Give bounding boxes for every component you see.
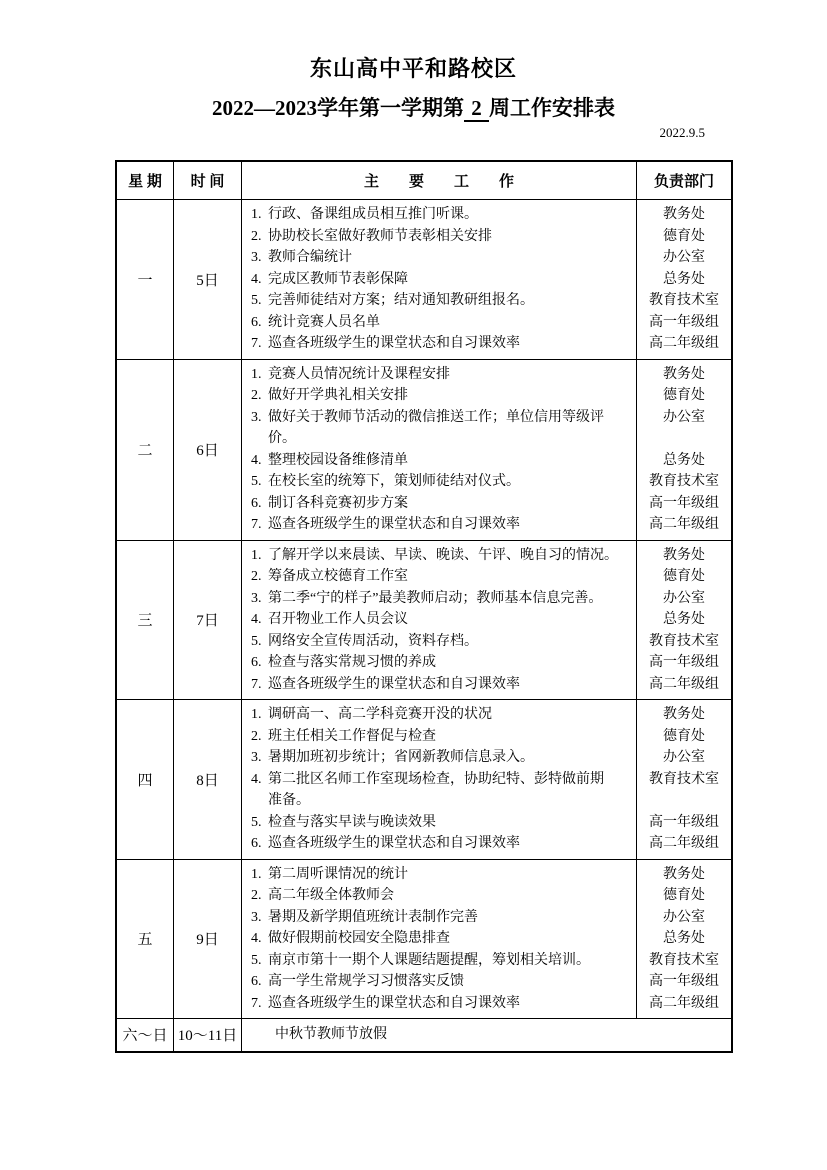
work-item: 5.在校长室的统筹下，策划师徒结对仪式。: [242, 471, 637, 493]
item-number: 4.: [251, 450, 268, 472]
subtitle-suffix: 周工作安排表: [489, 96, 615, 120]
work-item: 2.协助校长室做好教师节表彰相关安排: [242, 226, 637, 248]
item-number: 3.: [251, 407, 268, 450]
dept-cell: 教务处: [637, 864, 731, 886]
item-text: 在校长室的统筹下，策划师徒结对仪式。: [268, 471, 623, 493]
dept-cell: 高一年级组: [637, 652, 731, 674]
work-item: 2.高二年级全体教师会: [242, 885, 637, 907]
table-row: 一5日1.行政、备课组成员相互推门听课。教务处2.协助校长室做好教师节表彰相关安…: [117, 200, 731, 360]
dept-cell: 高二年级组: [637, 333, 731, 355]
dept-cell: 德育处: [637, 726, 731, 748]
item-number: 5.: [251, 471, 268, 493]
item-number: 2.: [251, 726, 268, 748]
work-dept-grid: 1.了解开学以来晨读、早读、晚读、午评、晚自习的情况。教务处2.筹备成立校德育工…: [242, 541, 731, 700]
table-row: 五9日1.第二周听课情况的统计教务处2.高二年级全体教师会德育处3.暑期及新学期…: [117, 860, 731, 1020]
item-text: 协助校长室做好教师节表彰相关安排: [268, 226, 623, 248]
page-title: 东山高中平和路校区: [0, 52, 827, 83]
work-item: 4.第二批区名师工作室现场检查，协助纪特、彭特做前期 准备。: [242, 769, 637, 812]
item-number: 2.: [251, 226, 268, 248]
dept-cell: 教务处: [637, 704, 731, 726]
table-row: 四8日1.调研高一、高二学科竞赛开没的状况教务处2.班主任相关工作督促与检查德育…: [117, 700, 731, 860]
work-item: 6.巡查各班级学生的课堂状态和自习课效率: [242, 833, 637, 855]
item-text: 巡查各班级学生的课堂状态和自习课效率: [268, 674, 623, 696]
item-text: 调研高一、高二学科竞赛开没的状况: [268, 704, 623, 726]
item-text: 高二年级全体教师会: [268, 885, 623, 907]
item-text: 了解开学以来晨读、早读、晚读、午评、晚自习的情况。: [268, 545, 623, 567]
time-cell: 9日: [174, 860, 242, 1019]
dept-cell: 高二年级组: [637, 674, 731, 696]
work-dept-grid: 1.调研高一、高二学科竞赛开没的状况教务处2.班主任相关工作督促与检查德育处3.…: [242, 700, 731, 859]
item-number: 1.: [251, 545, 268, 567]
item-text: 召开物业工作人员会议: [268, 609, 623, 631]
item-text: 巡查各班级学生的课堂状态和自习课效率: [268, 833, 623, 855]
dept-cell: 教育技术室: [637, 471, 731, 493]
item-text: 教师合编统计: [268, 247, 623, 269]
item-text: 巡查各班级学生的课堂状态和自习课效率: [268, 514, 623, 536]
dept-cell: 办公室: [637, 407, 731, 429]
item-number: 4.: [251, 269, 268, 291]
item-number: 7.: [251, 993, 268, 1015]
item-number: 1.: [251, 704, 268, 726]
item-text: 完成区教师节表彰保障: [268, 269, 623, 291]
time-cell: 8日: [174, 700, 242, 859]
work-item: 4.做好假期前校园安全隐患排查: [242, 928, 637, 950]
time-cell: 10～11日: [174, 1019, 242, 1051]
item-text: 巡查各班级学生的课堂状态和自习课效率: [268, 993, 623, 1015]
item-number: 1.: [251, 364, 268, 386]
time-cell: 6日: [174, 360, 242, 540]
document-page: 东山高中平和路校区 2022—2023学年第一学期第 2 周工作安排表 2022…: [0, 0, 827, 1053]
dept-cell: 高一年级组: [637, 971, 731, 993]
table-body: 一5日1.行政、备课组成员相互推门听课。教务处2.协助校长室做好教师节表彰相关安…: [117, 200, 731, 1051]
work-item: 6.统计竞赛人员名单: [242, 312, 637, 334]
item-number: 3.: [251, 588, 268, 610]
item-number: 6.: [251, 652, 268, 674]
work-item: 1.第二周听课情况的统计: [242, 864, 637, 886]
dept-cell: 办公室: [637, 907, 731, 929]
dept-cell: 高一年级组: [637, 493, 731, 515]
dept-cell: 德育处: [637, 226, 731, 248]
item-text: 制订各科竞赛初步方案: [268, 493, 623, 515]
header-day: 星 期: [117, 162, 174, 199]
work-item: 4.完成区教师节表彰保障: [242, 269, 637, 291]
work-dept-grid: 1.行政、备课组成员相互推门听课。教务处2.协助校长室做好教师节表彰相关安排德育…: [242, 200, 731, 359]
item-number: 4.: [251, 769, 268, 812]
work-item: 1.行政、备课组成员相互推门听课。: [242, 204, 637, 226]
work-item: 3.暑期加班初步统计；省网新教师信息录入。: [242, 747, 637, 769]
item-number: 3.: [251, 247, 268, 269]
item-number: 7.: [251, 514, 268, 536]
item-number: 5.: [251, 812, 268, 834]
week-number-underlined: 2: [464, 96, 489, 122]
schedule-table: 星 期 时 间 主 要 工 作 负责部门 一5日1.行政、备课组成员相互推门听课…: [115, 160, 733, 1053]
dept-cell: 办公室: [637, 747, 731, 769]
dept-cell: 教务处: [637, 364, 731, 386]
day-cell: 五: [117, 860, 174, 1019]
item-number: 4.: [251, 928, 268, 950]
dept-cell: 德育处: [637, 385, 731, 407]
dept-cell: 教育技术室: [637, 631, 731, 653]
item-text: 第二周听课情况的统计: [268, 864, 623, 886]
day-cell: 二: [117, 360, 174, 540]
dept-cell: 教育技术室: [637, 290, 731, 312]
item-text: 竞赛人员情况统计及课程安排: [268, 364, 623, 386]
item-number: 6.: [251, 312, 268, 334]
item-number: 6.: [251, 833, 268, 855]
dept-cell: 教育技术室: [637, 769, 731, 791]
item-text: 暑期及新学期值班统计表制作完善: [268, 907, 623, 929]
document-date: 2022.9.5: [0, 125, 827, 141]
item-text: 统计竞赛人员名单: [268, 312, 623, 334]
header-department: 负责部门: [637, 162, 731, 199]
work-item: 4.召开物业工作人员会议: [242, 609, 637, 631]
work-item: 3.教师合编统计: [242, 247, 637, 269]
dept-cell: 高一年级组: [637, 312, 731, 334]
work-item: 7.巡查各班级学生的课堂状态和自习课效率: [242, 333, 637, 355]
dept-cell: 高二年级组: [637, 993, 731, 1015]
work-item: 7.巡查各班级学生的课堂状态和自习课效率: [242, 993, 637, 1015]
header-main-work: 主 要 工 作: [242, 162, 637, 199]
item-number: 7.: [251, 333, 268, 355]
item-number: 3.: [251, 907, 268, 929]
dept-cell: 总务处: [637, 450, 731, 472]
dept-cell: 总务处: [637, 928, 731, 950]
dept-cell: 德育处: [637, 885, 731, 907]
dept-cell: 教务处: [637, 204, 731, 226]
work-item: 3.暑期及新学期值班统计表制作完善: [242, 907, 637, 929]
time-cell: 5日: [174, 200, 242, 359]
item-number: 2.: [251, 385, 268, 407]
item-text: 巡查各班级学生的课堂状态和自习课效率: [268, 333, 623, 355]
table-row: 二6日1.竞赛人员情况统计及课程安排教务处2.做好开学典礼相关安排德育处3.做好…: [117, 360, 731, 541]
item-text: 做好开学典礼相关安排: [268, 385, 623, 407]
table-row: 六～日10～11日中秋节教师节放假: [117, 1019, 731, 1051]
item-number: 5.: [251, 290, 268, 312]
work-item: 3.第二季“宁的样子”最美教师启动；教师基本信息完善。: [242, 588, 637, 610]
dept-cell: 德育处: [637, 566, 731, 588]
item-text: 做好关于教师节活动的微信推送工作；单位信用等级评 价。: [268, 407, 623, 450]
item-number: 1.: [251, 204, 268, 226]
dept-cell: 教育技术室: [637, 950, 731, 972]
item-text: 检查与落实常规习惯的养成: [268, 652, 623, 674]
work-item: 1.调研高一、高二学科竞赛开没的状况: [242, 704, 637, 726]
day-cell: 一: [117, 200, 174, 359]
dept-cell: 办公室: [637, 588, 731, 610]
work-item: 7.巡查各班级学生的课堂状态和自习课效率: [242, 674, 637, 696]
item-text: 行政、备课组成员相互推门听课。: [268, 204, 623, 226]
dept-cell: 教务处: [637, 545, 731, 567]
table-row: 三7日1.了解开学以来晨读、早读、晚读、午评、晚自习的情况。教务处2.筹备成立校…: [117, 541, 731, 701]
item-text: 整理校园设备维修清单: [268, 450, 623, 472]
work-dept-grid: 1.第二周听课情况的统计教务处2.高二年级全体教师会德育处3.暑期及新学期值班统…: [242, 860, 731, 1019]
page-subtitle: 2022—2023学年第一学期第 2 周工作安排表: [0, 92, 827, 122]
work-item: 4.整理校园设备维修清单: [242, 450, 637, 472]
dept-cell: 高一年级组: [637, 812, 731, 834]
time-cell: 7日: [174, 541, 242, 700]
work-item: 6.制订各科竞赛初步方案: [242, 493, 637, 515]
item-text: 做好假期前校园安全隐患排查: [268, 928, 623, 950]
item-number: 5.: [251, 631, 268, 653]
item-number: 5.: [251, 950, 268, 972]
item-text: 班主任相关工作督促与检查: [268, 726, 623, 748]
dept-cell: 高二年级组: [637, 833, 731, 855]
dept-cell: 高二年级组: [637, 514, 731, 536]
work-item: 2.班主任相关工作督促与检查: [242, 726, 637, 748]
work-item: 5.完善师徒结对方案；结对通知教研组报名。: [242, 290, 637, 312]
item-text: 筹备成立校德育工作室: [268, 566, 623, 588]
item-text: 网络安全宣传周活动，资料存档。: [268, 631, 623, 653]
work-dept-grid: 1.竞赛人员情况统计及课程安排教务处2.做好开学典礼相关安排德育处3.做好关于教…: [242, 360, 731, 540]
work-item: 2.筹备成立校德育工作室: [242, 566, 637, 588]
work-item: 7.巡查各班级学生的课堂状态和自习课效率: [242, 514, 637, 536]
item-text: 南京市第十一期个人课题结题提醒，筹划相关培训。: [268, 950, 623, 972]
item-number: 2.: [251, 885, 268, 907]
work-item: 5.南京市第十一期个人课题结题提醒，筹划相关培训。: [242, 950, 637, 972]
dept-cell: 办公室: [637, 247, 731, 269]
work-item: 6.检查与落实常规习惯的养成: [242, 652, 637, 674]
work-item: 3.做好关于教师节活动的微信推送工作；单位信用等级评 价。: [242, 407, 637, 450]
item-text: 暑期加班初步统计；省网新教师信息录入。: [268, 747, 623, 769]
item-number: 2.: [251, 566, 268, 588]
item-text: 检查与落实早读与晚读效果: [268, 812, 623, 834]
header-time: 时 间: [174, 162, 242, 199]
work-item: 5.检查与落实早读与晚读效果: [242, 812, 637, 834]
item-text: 高一学生常规学习习惯落实反馈: [268, 971, 623, 993]
table-header-row: 星 期 时 间 主 要 工 作 负责部门: [117, 162, 731, 200]
item-text: 第二批区名师工作室现场检查，协助纪特、彭特做前期 准备。: [268, 769, 623, 812]
work-item: 1.了解开学以来晨读、早读、晚读、午评、晚自习的情况。: [242, 545, 637, 567]
work-item: 2.做好开学典礼相关安排: [242, 385, 637, 407]
day-cell: 四: [117, 700, 174, 859]
day-cell: 三: [117, 541, 174, 700]
work-item: 5.网络安全宣传周活动，资料存档。: [242, 631, 637, 653]
item-number: 3.: [251, 747, 268, 769]
item-text: 完善师徒结对方案；结对通知教研组报名。: [268, 290, 623, 312]
day-cell: 六～日: [117, 1019, 174, 1051]
item-number: 6.: [251, 971, 268, 993]
item-number: 1.: [251, 864, 268, 886]
work-item: 6.高一学生常规学习习惯落实反馈: [242, 971, 637, 993]
item-number: 4.: [251, 609, 268, 631]
holiday-note: 中秋节教师节放假: [242, 1019, 731, 1051]
subtitle-prefix: 2022—2023学年第一学期第: [212, 96, 464, 120]
item-number: 7.: [251, 674, 268, 696]
work-item: 1.竞赛人员情况统计及课程安排: [242, 364, 637, 386]
item-text: 第二季“宁的样子”最美教师启动；教师基本信息完善。: [268, 588, 623, 610]
dept-cell: 总务处: [637, 269, 731, 291]
dept-cell: 总务处: [637, 609, 731, 631]
item-number: 6.: [251, 493, 268, 515]
